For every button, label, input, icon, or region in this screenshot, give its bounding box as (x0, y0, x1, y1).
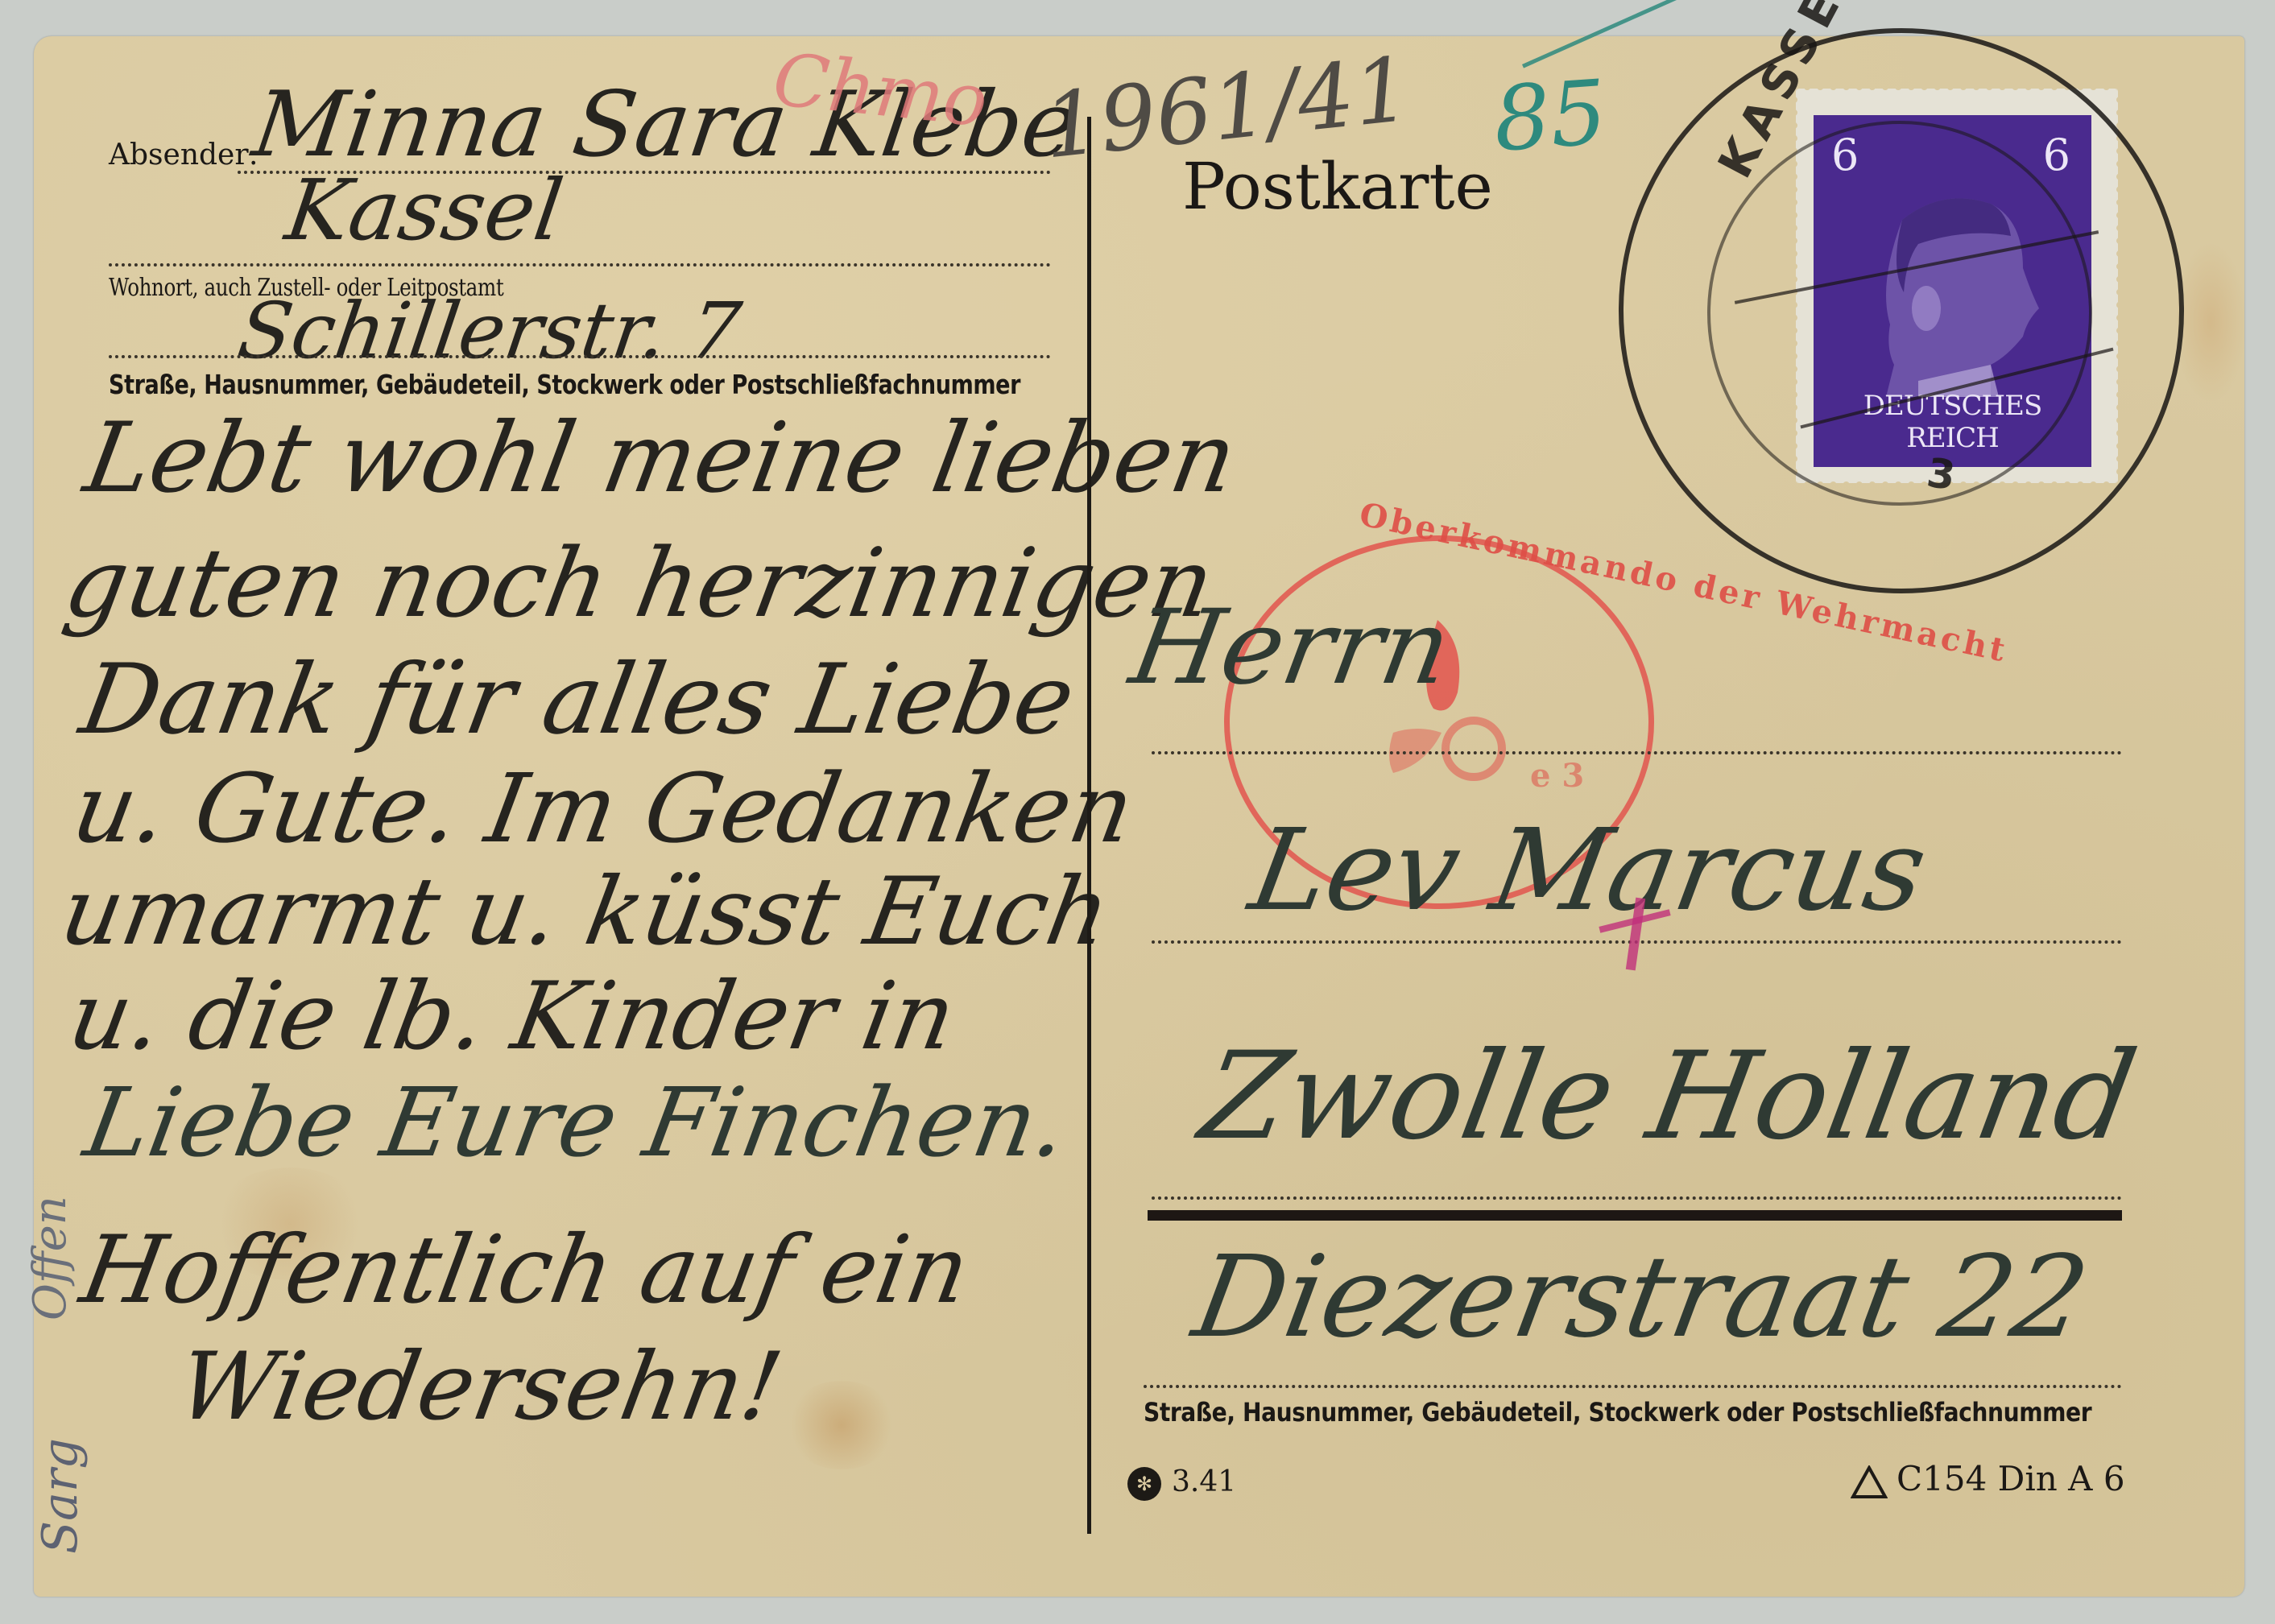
form-code: C154 Din A 6 (1897, 1459, 2125, 1498)
message-line: Dank für alles Liebe (72, 644, 1082, 756)
green-pencil-note: 85 (1491, 60, 1611, 171)
message-line: umarmt u. küsst Euch (53, 857, 1118, 966)
message-line: u. Gute. Im Gedanken (65, 753, 1142, 864)
street-label: Straße, Hausnummer, Gebäudeteil, Stockwe… (109, 369, 1020, 400)
message-line: Wiedersehn! (170, 1333, 789, 1441)
dotted-line (1144, 1385, 2122, 1388)
cancellation-inner-ring (1707, 121, 2092, 506)
dotted-line (109, 355, 1051, 358)
dotted-line (109, 263, 1051, 267)
stain (785, 1381, 898, 1469)
message-line: u. die lb. Kinder in (61, 962, 963, 1071)
margin-note: Offen (24, 1196, 77, 1320)
recipient-street-label: Straße, Hausnummer, Gebäudeteil, Stockwe… (1144, 1397, 2091, 1428)
edge-stain (2174, 242, 2247, 403)
recipient-city: Zwolle Holland (1191, 1027, 2145, 1167)
sender-city: Kassel (280, 161, 569, 259)
margin-note: Sarg (32, 1438, 89, 1554)
dotted-line (1152, 751, 2122, 754)
recipient-name: Lev Marcus (1241, 805, 1935, 936)
recipient-salutation: Herrn (1123, 588, 1459, 708)
message-line: Liebe Eure Finchen. (77, 1067, 1076, 1178)
message-line: Lebt wohl meine lieben (77, 403, 1244, 514)
message-line: Hoffentlich auf ein (73, 1216, 977, 1324)
printer-emblem-icon: ✻ (1127, 1467, 1161, 1501)
sender-street: Schillerstr. 7 (233, 286, 746, 376)
censor-code: e 3 (1530, 757, 1584, 795)
print-date: 3.41 (1172, 1465, 1236, 1498)
sender-label: Absender: (109, 138, 259, 171)
card-divider (1087, 117, 1091, 1534)
postkarte-title: Postkarte (1182, 149, 1493, 224)
dotted-line (1152, 1196, 2122, 1200)
message-line: guten noch herzinnigen (57, 527, 1222, 638)
triangle-icon (1851, 1465, 1888, 1499)
city-underline (1148, 1210, 2122, 1221)
recipient-street: Diezerstraat 22 (1185, 1232, 2097, 1363)
